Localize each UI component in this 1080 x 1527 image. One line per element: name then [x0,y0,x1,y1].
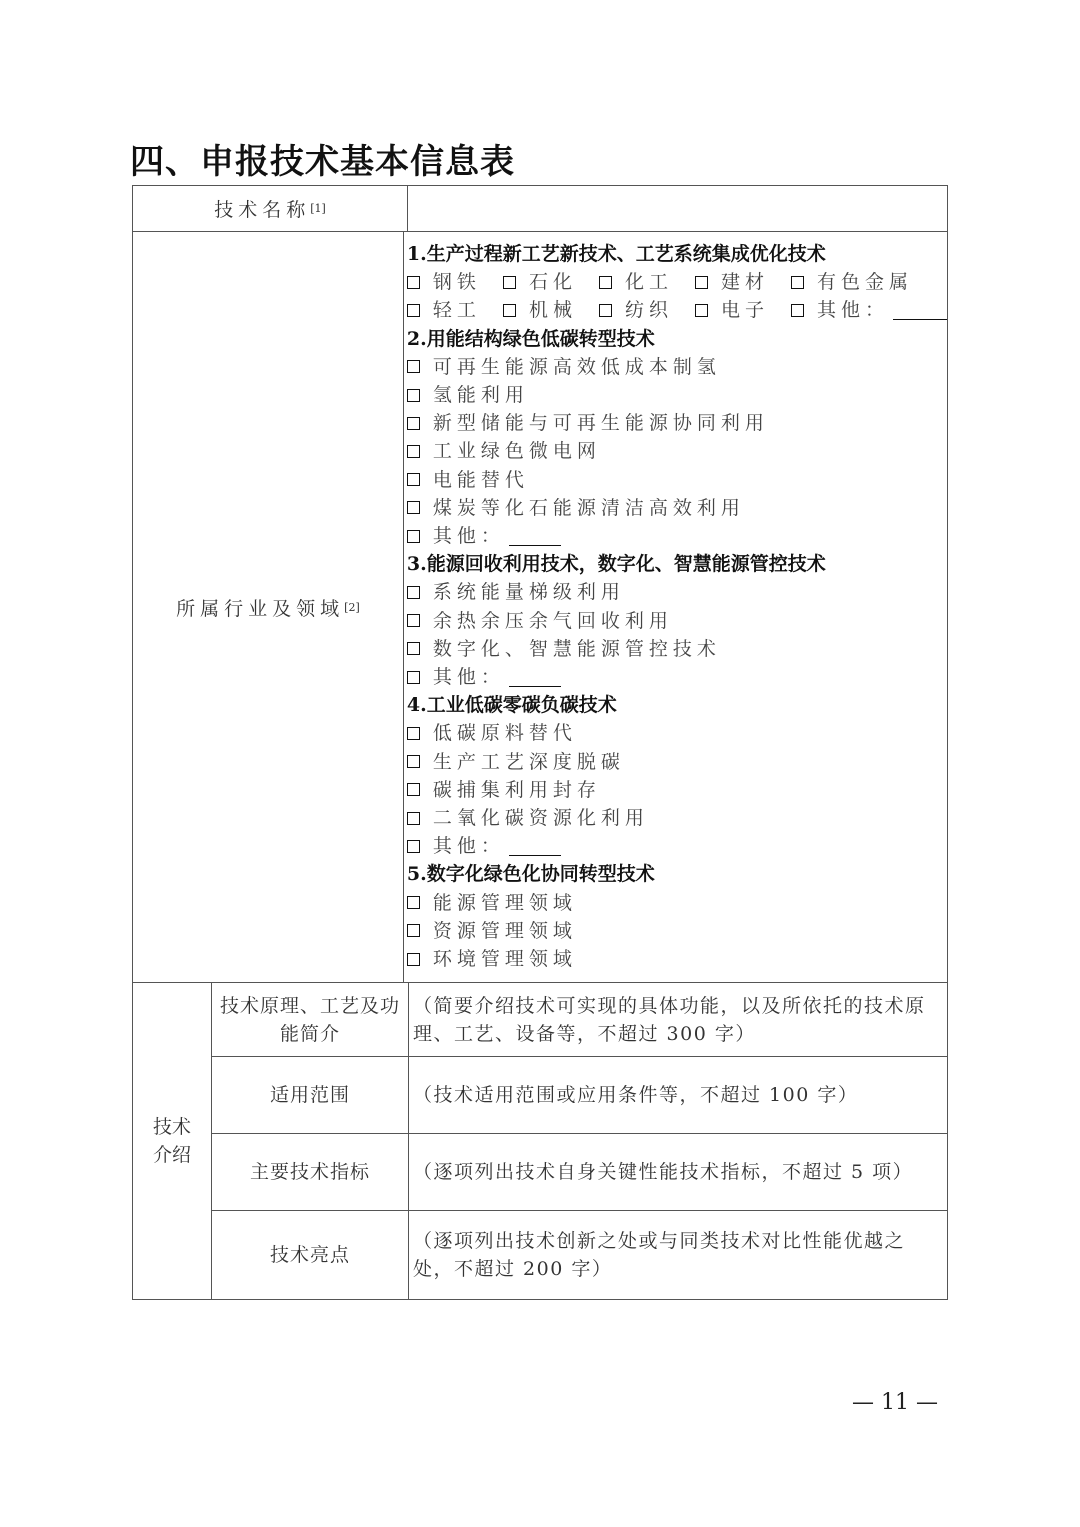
option-smart-energy-control[interactable]: 数字化、智慧能源管控技术 [407,635,721,663]
scope-label: 适用范围 [212,1057,409,1133]
page-number: — 11 — [852,1390,938,1415]
industry-row: 所属行业及领域[2] 1.生产过程新工艺新技术、工艺系统集成优化技术 钢铁 石化… [133,231,947,982]
option-label: 数字化、智慧能源管控技术 [433,635,721,663]
highlights-field[interactable]: （逐项列出技术创新之处或与同类技术对比性能优越之处，不超过 200 字） [409,1211,947,1299]
option-textile[interactable]: 纺织 [599,296,673,324]
tech-intro-label: 技术 介绍 [133,983,212,1299]
option-label: 其他： [817,296,889,324]
checkbox-icon[interactable] [407,812,420,825]
checkbox-icon[interactable] [791,304,804,317]
option-label: 余热余压余气回收利用 [433,607,673,635]
option-nonferrous-metals[interactable]: 有色金属 [791,268,913,296]
option-deep-decarbonization[interactable]: 生产工艺深度脱碳 [407,748,625,776]
checkbox-icon[interactable] [407,953,420,966]
option-electrification[interactable]: 电能替代 [407,466,529,494]
industry-label-text: 所属行业及领域 [176,594,344,621]
checkbox-icon[interactable] [599,276,612,289]
tech-intro-rows: 技术原理、工艺及功 能简介 （简要介绍技术可实现的具体功能，以及所依托的技术原理… [212,983,947,1299]
option-co2-utilization[interactable]: 二氧化碳资源化利用 [407,804,649,832]
option-chemical[interactable]: 化工 [599,268,673,296]
section-1-row-1: 钢铁 石化 化工 建材 有色金属 [407,268,913,296]
option-energy-storage[interactable]: 新型储能与可再生能源协同利用 [407,409,769,437]
checkbox-icon[interactable] [407,501,420,514]
indicators-label: 主要技术指标 [212,1134,409,1210]
option-label: 工业绿色微电网 [433,437,601,465]
footnote-1: [1] [310,202,326,215]
checkbox-icon[interactable] [695,304,708,317]
option-label: 机械 [529,296,577,324]
intro-row-scope: 适用范围 （技术适用范围或应用条件等，不超过 100 字） [212,1056,947,1133]
option-machinery[interactable]: 机械 [503,296,577,324]
option-petrochemical[interactable]: 石化 [503,268,577,296]
principle-label-line1: 技术原理、工艺及功 [220,992,400,1020]
section-1-title: 1.生产过程新工艺新技术、工艺系统集成优化技术 [407,240,826,268]
option-label: 其他： [433,663,505,691]
checkbox-icon[interactable] [503,276,516,289]
checkbox-icon[interactable] [407,389,420,402]
option-resource-management[interactable]: 资源管理领域 [407,917,577,945]
option-other-3[interactable]: 其他： [407,663,561,691]
checkbox-icon[interactable] [407,840,420,853]
option-cascade-utilization[interactable]: 系统能量梯级利用 [407,578,625,606]
option-label: 生产工艺深度脱碳 [433,748,625,776]
tech-name-label-text: 技术名称 [214,195,310,222]
option-label: 环境管理领域 [433,945,577,973]
checkbox-icon[interactable] [407,360,420,373]
checkbox-icon[interactable] [407,304,420,317]
option-waste-heat-recovery[interactable]: 余热余压余气回收利用 [407,607,673,635]
option-other-4[interactable]: 其他： [407,832,561,860]
checkbox-icon[interactable] [791,276,804,289]
option-hydrogen-production[interactable]: 可再生能源高效低成本制氢 [407,353,721,381]
industry-options: 1.生产过程新工艺新技术、工艺系统集成优化技术 钢铁 石化 化工 建材 有色金属… [404,232,947,982]
section-3-title: 3.能源回收利用技术，数字化、智慧能源管控技术 [407,550,826,578]
option-label: 资源管理领域 [433,917,577,945]
other-blank-field[interactable] [509,668,561,687]
option-label: 二氧化碳资源化利用 [433,804,649,832]
tech-name-label: 技术名称[1] [133,186,408,231]
indicators-field[interactable]: （逐项列出技术自身关键性能技术指标，不超过 5 项） [409,1134,947,1210]
checkbox-icon[interactable] [407,671,420,684]
option-label: 低碳原料替代 [433,719,577,747]
checkbox-icon[interactable] [599,304,612,317]
checkbox-icon[interactable] [503,304,516,317]
option-building-materials[interactable]: 建材 [695,268,769,296]
option-label: 可再生能源高效低成本制氢 [433,353,721,381]
option-label: 石化 [529,268,577,296]
option-label: 系统能量梯级利用 [433,578,625,606]
option-steel[interactable]: 钢铁 [407,268,481,296]
option-label: 其他： [433,522,505,550]
option-label: 新型储能与可再生能源协同利用 [433,409,769,437]
principle-label: 技术原理、工艺及功 能简介 [212,983,409,1056]
principle-label-line2: 能简介 [220,1020,400,1048]
tech-intro-label-line2: 介绍 [153,1141,191,1169]
checkbox-icon[interactable] [407,473,420,486]
option-clean-fossil[interactable]: 煤炭等化石能源清洁高效利用 [407,494,745,522]
checkbox-icon[interactable] [407,924,420,937]
section-4-title: 4.工业低碳零碳负碳技术 [407,691,617,719]
tech-name-row: 技术名称[1] [133,186,947,231]
option-label: 碳捕集利用封存 [433,776,601,804]
checkbox-icon[interactable] [407,586,420,599]
tech-intro-label-line1: 技术 [153,1113,191,1141]
footnote-2: [2] [344,601,360,614]
industry-label: 所属行业及领域[2] [133,232,404,982]
section-1-row-2: 轻工 机械 纺织 电子 其他： [407,296,947,324]
checkbox-icon[interactable] [407,896,420,909]
tech-intro-section: 技术 介绍 技术原理、工艺及功 能简介 （简要介绍技术可实现的具体功能，以及所依… [133,982,947,1299]
checkbox-icon[interactable] [407,727,420,740]
section-2-title: 2.用能结构绿色低碳转型技术 [407,325,655,353]
option-label: 有色金属 [817,268,913,296]
option-other-1[interactable]: 其他： [791,296,947,324]
checkbox-icon[interactable] [407,783,420,796]
checkbox-icon[interactable] [407,445,420,458]
option-label: 钢铁 [433,268,481,296]
option-label: 轻工 [433,296,481,324]
principle-field[interactable]: （简要介绍技术可实现的具体功能，以及所依托的技术原理、工艺、设备等，不超过 30… [409,983,947,1056]
other-blank-field[interactable] [509,527,561,546]
checkbox-icon[interactable] [407,755,420,768]
checkbox-icon[interactable] [695,276,708,289]
intro-row-principle: 技术原理、工艺及功 能简介 （简要介绍技术可实现的具体功能，以及所依托的技术原理… [212,983,947,1056]
checkbox-icon[interactable] [407,642,420,655]
option-energy-management[interactable]: 能源管理领域 [407,889,577,917]
highlights-label: 技术亮点 [212,1211,409,1299]
checkbox-icon[interactable] [407,417,420,430]
option-label: 煤炭等化石能源清洁高效利用 [433,494,745,522]
intro-row-indicators: 主要技术指标 （逐项列出技术自身关键性能技术指标，不超过 5 项） [212,1133,947,1210]
checkbox-icon[interactable] [407,530,420,543]
option-light-industry[interactable]: 轻工 [407,296,481,324]
tech-info-table: 技术名称[1] 所属行业及领域[2] 1.生产过程新工艺新技术、工艺系统集成优化… [132,185,948,1300]
option-label: 建材 [721,268,769,296]
intro-row-highlights: 技术亮点 （逐项列出技术创新之处或与同类技术对比性能优越之处，不超过 200 字… [212,1210,947,1299]
option-label: 电子 [721,296,769,324]
checkbox-icon[interactable] [407,614,420,627]
option-label: 其他： [433,832,505,860]
scope-field[interactable]: （技术适用范围或应用条件等，不超过 100 字） [409,1057,947,1133]
section-5-title: 5.数字化绿色化协同转型技术 [407,860,655,888]
option-hydrogen-utilization[interactable]: 氢能利用 [407,381,529,409]
option-environment-management[interactable]: 环境管理领域 [407,945,577,973]
option-ccus[interactable]: 碳捕集利用封存 [407,776,601,804]
other-blank-field[interactable] [893,301,947,320]
option-label: 能源管理领域 [433,889,577,917]
page-title: 四、申报技术基本信息表 [130,134,515,183]
option-electronics[interactable]: 电子 [695,296,769,324]
tech-name-field[interactable] [408,186,947,231]
option-label: 电能替代 [433,466,529,494]
option-label: 化工 [625,268,673,296]
option-microgrid[interactable]: 工业绿色微电网 [407,437,601,465]
option-low-carbon-materials[interactable]: 低碳原料替代 [407,719,577,747]
option-label: 纺织 [625,296,673,324]
checkbox-icon[interactable] [407,276,420,289]
other-blank-field[interactable] [509,837,561,856]
option-label: 氢能利用 [433,381,529,409]
option-other-2[interactable]: 其他： [407,522,561,550]
